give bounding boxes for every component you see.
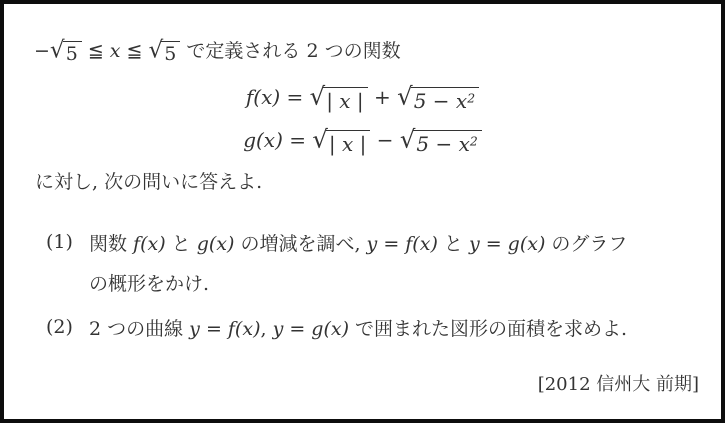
equation-f-lhs: f(x) = — [246, 85, 310, 109]
question-1-line-2: の概形をかけ. — [89, 264, 627, 304]
radical-icon: √ — [312, 128, 328, 152]
radical-icon: √ — [50, 39, 65, 62]
source-citation: [2012 信州大 前期] — [538, 370, 699, 396]
math-y-equals-f: y = f(x) — [367, 233, 438, 255]
radical-icon: √ — [149, 39, 164, 62]
radicand-base: 5 − x — [416, 132, 469, 156]
math-g-of-x: g(x) — [197, 233, 235, 255]
sqrt-five-left: √5 — [50, 41, 82, 67]
intro-line: −√5 ≦ x ≦ √5 で定義される 2 つの関数 — [34, 38, 401, 67]
intro-text: で定義される 2 つの関数 — [180, 40, 400, 62]
math-y-equals-f: y = f(x) — [189, 318, 260, 340]
question-2-body: 2 つの曲線 y = f(x), y = g(x) で囲まれた図形の面積を求めよ… — [89, 309, 627, 349]
leq-symbol: ≦ — [121, 40, 149, 62]
question-2-line-1: 2 つの曲線 y = f(x), y = g(x) で囲まれた図形の面積を求めよ… — [89, 309, 627, 349]
equation-g: g(x) = √| x | − √5 − x2 — [243, 128, 482, 152]
sqrt-five-right: √5 — [149, 41, 181, 67]
question-1-number: (1) — [46, 231, 73, 253]
problem-card: −√5 ≦ x ≦ √5 で定義される 2 つの関数 f(x) = √| x |… — [0, 0, 725, 423]
variable-x: x — [110, 40, 121, 62]
exponent: 2 — [470, 133, 478, 148]
equation-g-lhs: g(x) = — [243, 128, 312, 152]
equation-f: f(x) = √| x | + √5 − x2 — [246, 85, 479, 109]
radicand-base: 5 − x — [414, 89, 467, 113]
sqrt-five-minus-x2: √5 − x2 — [400, 130, 482, 157]
outro-line: に対し, 次の問いに答えよ. — [35, 169, 262, 195]
sqrt-abs-x: √| x | — [310, 87, 368, 114]
equation-f-row: f(x) = √| x | + √5 − x2 — [4, 82, 721, 114]
question-1-line-1: 関数 f(x) と g(x) の増減を調べ, y = f(x) と y = g(… — [89, 224, 627, 264]
math-y-equals-g: y = g(x) — [273, 318, 349, 340]
leq-symbol: ≦ — [82, 40, 110, 62]
question-2-number: (2) — [46, 316, 73, 338]
sqrt-five-minus-x2: √5 − x2 — [397, 87, 479, 114]
radical-icon: √ — [310, 85, 326, 109]
radical-icon: √ — [397, 85, 413, 109]
radical-icon: √ — [400, 128, 416, 152]
minus-sign: − — [34, 40, 50, 62]
exponent: 2 — [467, 90, 475, 105]
math-y-equals-g: y = g(x) — [469, 233, 545, 255]
equation-g-row: g(x) = √| x | − √5 − x2 — [4, 125, 721, 157]
math-f-of-x: f(x) — [133, 233, 166, 255]
plus-operator: + — [368, 85, 397, 109]
minus-operator: − — [370, 128, 399, 152]
question-1-body: 関数 f(x) と g(x) の増減を調べ, y = f(x) と y = g(… — [89, 224, 627, 304]
sqrt-abs-x: √| x | — [312, 130, 370, 157]
